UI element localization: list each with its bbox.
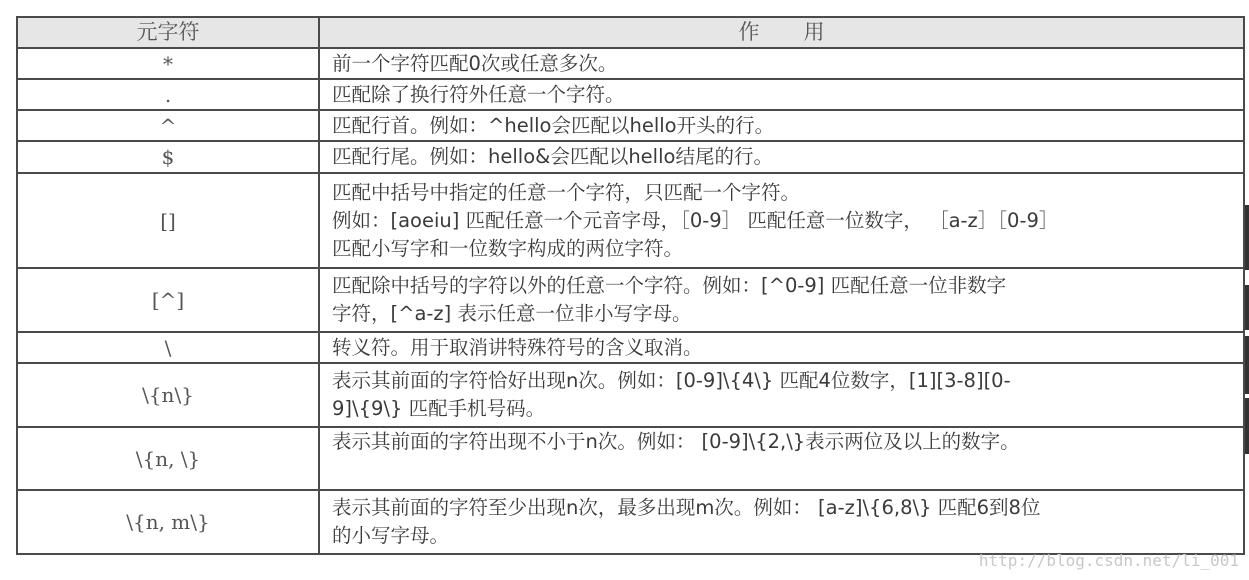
description-line: 9]\{9\} 匹配手机号码。	[332, 395, 1243, 423]
table-header-row: 元字符 作用	[17, 17, 1244, 48]
metachar-cell: $	[17, 141, 319, 173]
description-line: 匹配行尾。例如：hello&会匹配以hello结尾的行。	[332, 143, 1243, 171]
description-line: 匹配小写字和一位数字构成的两位字符。	[332, 235, 1243, 263]
table-row: * 前一个字符匹配0次或任意多次。	[17, 48, 1244, 79]
edge-artifact-bar	[1245, 205, 1249, 270]
description-line: 转义符。用于取消讲特殊符号的含义取消。	[332, 334, 1243, 362]
description-cell: 匹配中括号中指定的任意一个字符，只匹配一个字符。 例如：[aoeiu] 匹配任意…	[319, 173, 1244, 268]
description-cell: 匹配除了换行符外任意一个字符。	[319, 79, 1244, 110]
description-line: 的小写字母。	[332, 522, 1243, 550]
table-row: \ 转义符。用于取消讲特殊符号的含义取消。	[17, 332, 1244, 363]
description-cell: 匹配除中括号的字符以外的任意一个字符。例如：[^0-9] 匹配任意一位非数字 字…	[319, 268, 1244, 332]
description-line: 前一个字符匹配0次或任意多次。	[332, 50, 1243, 78]
watermark-text: http://blog.csdn.net/li_001	[979, 551, 1239, 570]
edge-artifact-bar	[1245, 336, 1249, 394]
regex-metachar-table: 元字符 作用 * 前一个字符匹配0次或任意多次。 . 匹配除了换行符外任意一个字…	[16, 16, 1245, 555]
description-cell: 表示其前面的字符至少出现n次，最多出现m次。例如： [a-z]\{6,8\} 匹…	[319, 490, 1244, 554]
table-row: ^ 匹配行首。例如：^hello会匹配以hello开头的行。	[17, 110, 1244, 141]
description-line: 例如：[aoeiu] 匹配任意一个元音字母，［0-9］ 匹配任意一位数字， ［a…	[332, 207, 1243, 235]
table-row: . 匹配除了换行符外任意一个字符。	[17, 79, 1244, 110]
description-cell: 表示其前面的字符出现不小于n次。例如： [0-9]\{2,\}表示两位及以上的数…	[319, 427, 1244, 490]
metachar-cell: [^]	[17, 268, 319, 332]
table-row: \{n, m\} 表示其前面的字符至少出现n次，最多出现m次。例如： [a-z]…	[17, 490, 1244, 554]
description-line: 表示其前面的字符恰好出现n次。例如：[0-9]\{4\} 匹配4位数字，[1][…	[332, 367, 1243, 395]
table-row: \{n, \} 表示其前面的字符出现不小于n次。例如： [0-9]\{2,\}表…	[17, 427, 1244, 490]
metachar-cell: ^	[17, 110, 319, 141]
table-row: \{n\} 表示其前面的字符恰好出现n次。例如：[0-9]\{4\} 匹配4位数…	[17, 363, 1244, 427]
edge-artifact-bar	[1245, 285, 1249, 330]
description-line: 字符，[^a-z] 表示任意一位非小写字母。	[332, 300, 1243, 328]
description-cell: 匹配行尾。例如：hello&会匹配以hello结尾的行。	[319, 141, 1244, 173]
description-line: 匹配除中括号的字符以外的任意一个字符。例如：[^0-9] 匹配任意一位非数字	[332, 272, 1243, 300]
metachar-cell: []	[17, 173, 319, 268]
description-line: 匹配除了换行符外任意一个字符。	[332, 81, 1243, 109]
table-row: [] 匹配中括号中指定的任意一个字符，只匹配一个字符。 例如：[aoeiu] 匹…	[17, 173, 1244, 268]
description-line: 表示其前面的字符至少出现n次，最多出现m次。例如： [a-z]\{6,8\} 匹…	[332, 494, 1243, 522]
header-usage-part2: 用	[804, 20, 825, 44]
header-usage: 作用	[319, 17, 1244, 48]
header-metachar: 元字符	[17, 17, 319, 48]
metachar-cell: \{n, m\}	[17, 490, 319, 554]
description-line: 表示其前面的字符出现不小于n次。例如： [0-9]\{2,\}表示两位及以上的数…	[332, 428, 1243, 456]
metachar-cell: \{n, \}	[17, 427, 319, 490]
description-cell: 前一个字符匹配0次或任意多次。	[319, 48, 1244, 79]
metachar-cell: *	[17, 48, 319, 79]
edge-artifact-bar	[1245, 398, 1249, 454]
metachar-cell: \	[17, 332, 319, 363]
table-row: $ 匹配行尾。例如：hello&会匹配以hello结尾的行。	[17, 141, 1244, 173]
table-row: [^] 匹配除中括号的字符以外的任意一个字符。例如：[^0-9] 匹配任意一位非…	[17, 268, 1244, 332]
description-line: 匹配中括号中指定的任意一个字符，只匹配一个字符。	[332, 179, 1243, 207]
description-cell: 匹配行首。例如：^hello会匹配以hello开头的行。	[319, 110, 1244, 141]
metachar-cell: .	[17, 79, 319, 110]
metachar-cell: \{n\}	[17, 363, 319, 427]
description-line: 匹配行首。例如：^hello会匹配以hello开头的行。	[332, 112, 1243, 140]
description-cell: 表示其前面的字符恰好出现n次。例如：[0-9]\{4\} 匹配4位数字，[1][…	[319, 363, 1244, 427]
header-usage-part1: 作	[739, 20, 760, 44]
description-cell: 转义符。用于取消讲特殊符号的含义取消。	[319, 332, 1244, 363]
